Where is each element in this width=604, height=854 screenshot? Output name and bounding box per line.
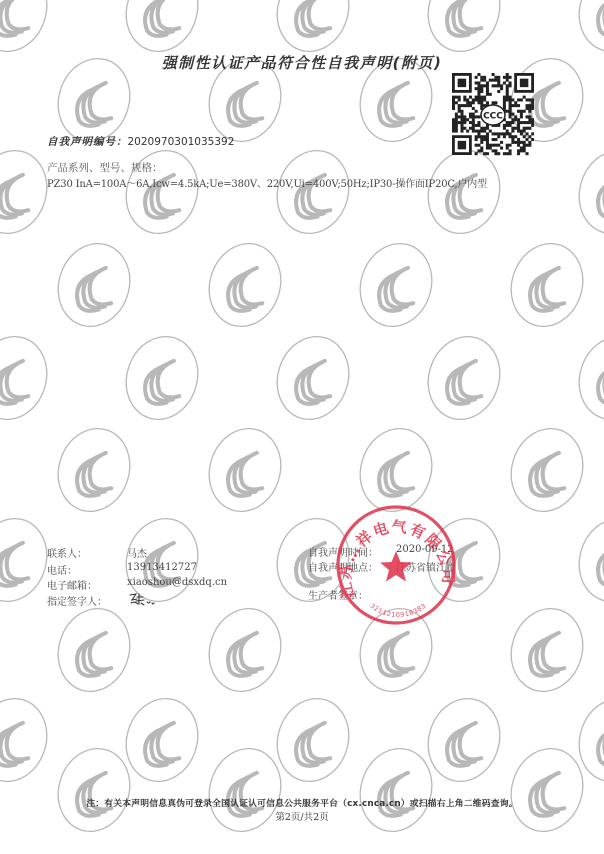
svg-text:CCC: CCC — [483, 112, 503, 122]
contact-name-label: 联系人： — [47, 545, 87, 560]
contact-phone-value: 13913412727 — [127, 562, 197, 573]
page-number: 第2页/共2页 — [0, 809, 604, 823]
handwritten-signature-icon — [127, 591, 157, 607]
product-label: 产品系列、型号、规格： — [47, 160, 163, 175]
contact-email-value[interactable]: xiaoshou@dsxdq.cn — [127, 577, 227, 588]
contact-phone-label: 电话： — [47, 562, 77, 577]
contact-info: 联系人： 马杰 电话： 13913412727 电子邮箱： xiaoshou@d… — [47, 545, 267, 615]
declaration-number-label: 自我声明编号： — [47, 136, 128, 148]
contact-row-name: 联系人： 马杰 — [47, 545, 267, 559]
contact-email-label: 电子邮箱： — [47, 577, 97, 592]
contact-row-signatory: 指定签字人： — [47, 593, 267, 607]
contact-name-value: 马杰 — [127, 545, 147, 560]
contact-row-phone: 电话： 13913412727 — [47, 562, 267, 576]
svg-text:3211210916383: 3211210916383 — [368, 602, 427, 619]
contact-row-email: 电子邮箱： xiaoshou@dsxdq.cn — [47, 577, 267, 591]
qr-code-icon[interactable]: CCC — [452, 73, 534, 157]
product-spec: PZ30 InA=100A～6A,Icw=4.5kA;Ue=380V、220V,… — [47, 175, 487, 190]
declaration-number: 自我声明编号：2020970301035392 — [47, 134, 234, 149]
footer-note: 注：有关本声明信息真伪可登录全国认证认可信息公共服务平台（cx.cnca.cn）… — [0, 796, 604, 809]
document-title: 强制性认证产品符合性自我声明(附页) — [0, 52, 604, 73]
declaration-number-value: 2020970301035392 — [128, 136, 235, 148]
company-seal-icon: 江苏…祥电气有限公司 3211210916383 — [334, 503, 458, 627]
contact-signatory-label: 指定签字人： — [47, 593, 107, 608]
